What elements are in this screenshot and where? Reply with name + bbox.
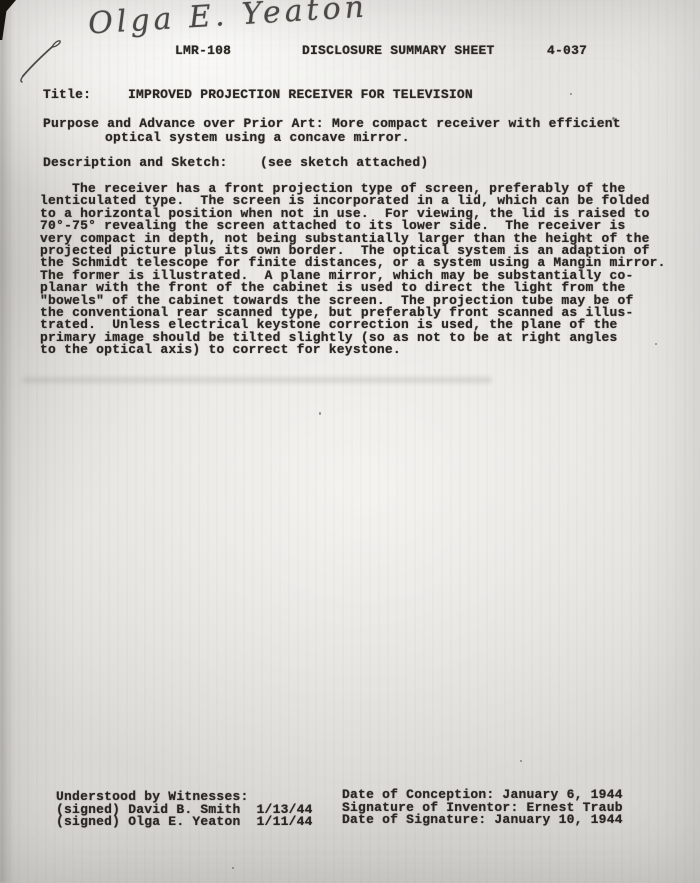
smudge-artifact [22,377,492,383]
doc-number: LMR-108 [175,44,231,57]
date-of-signature: Date of Signature: January 10, 1944 [342,814,623,827]
ink-speck [319,412,321,415]
ink-speck [520,760,522,762]
scanned-document-page: Olga E. Yeaton LMR-108 DISCLOSURE SUMMAR… [0,0,700,883]
purpose-text-line1: More compact receiver with efficient [332,117,621,130]
body-line: to the optical axis) to correct for keys… [40,344,666,356]
title-label: Title: [43,88,91,101]
witness-row: (signed) Olga E. Yeaton 1/11/44 [56,816,313,829]
purpose-text-line2: optical system using a concave mirror. [105,131,410,144]
handwritten-signature: Olga E. Yeaton [87,0,369,42]
purpose-label: Purpose and Advance over Prior Art: [43,117,324,130]
description-note: (see sketch attached) [260,156,428,169]
file-number: 4-037 [547,44,587,57]
inventor-block: Date of Conception: January 6, 1944 Sign… [342,789,623,827]
ink-speck [232,867,234,869]
title-value: IMPROVED PROJECTION RECEIVER FOR TELEVIS… [128,88,473,101]
witnesses-block: Understood by Witnesses: (signed) David … [56,791,313,829]
pen-check-mark [14,34,70,84]
ink-speck [570,93,572,95]
form-title: DISCLOSURE SUMMARY SHEET [302,44,495,57]
description-label: Description and Sketch: [43,156,228,169]
scan-left-edge-shadow [0,0,14,883]
body-paragraph: The receiver has a front projection type… [40,183,666,357]
